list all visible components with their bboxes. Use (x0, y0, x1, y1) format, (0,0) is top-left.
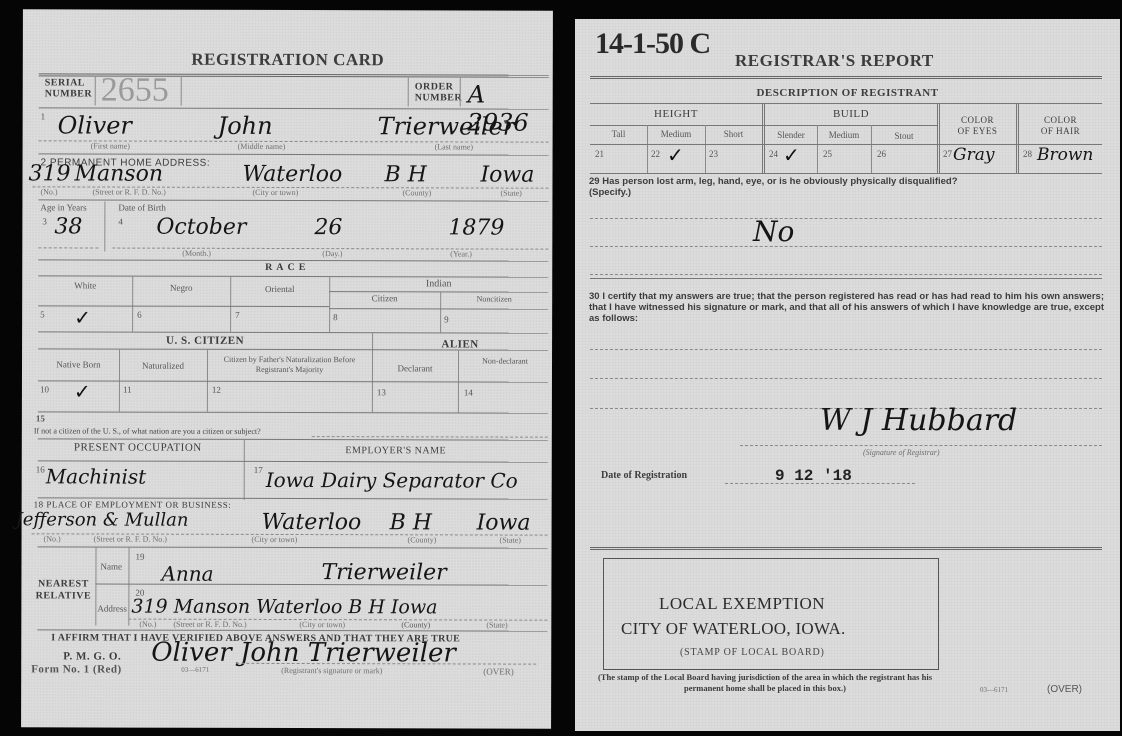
divider (38, 348, 548, 350)
eye-color-heading: COLOR OF EYES (940, 115, 1015, 137)
age-value: 38 (54, 214, 82, 239)
last-name-value: Trierweiler (378, 112, 515, 140)
employment-city: Waterloo (262, 510, 362, 535)
divider (590, 103, 1102, 104)
divider (38, 275, 548, 277)
build-heading: BUILD (765, 108, 937, 120)
pmgo-label: P. M. G. O. (63, 650, 121, 662)
middle-name-caption: (Middle name) (238, 142, 286, 151)
non-declarant-label: Non-declarant (470, 356, 540, 366)
dob-label: Date of Birth (118, 203, 166, 213)
employment-state: Iowa (477, 510, 531, 535)
divider (590, 218, 1102, 219)
divider (38, 247, 98, 248)
form-code: 03—6171 (980, 686, 1008, 694)
registrar-report-title: REGISTRAR'S REPORT (735, 51, 934, 71)
eyes-heading-line2: OF EYES (940, 126, 1015, 137)
us-citizen-heading: U. S. CITIZEN (38, 334, 372, 347)
eye-color-value: Gray (953, 145, 994, 165)
registrar-signature-caption: (Signature of Registrar) (863, 448, 940, 457)
occupation-heading: PRESENT OCCUPATION (38, 441, 238, 454)
question-30: 30 I certify that my answers are true; t… (589, 291, 1104, 324)
caption: (Street or R. F. D. No.) (173, 620, 246, 629)
build-stout-label: Stout (871, 131, 937, 141)
middle-name-value: John (218, 112, 273, 140)
order-label-line2: NUMBER (415, 92, 462, 103)
divider (128, 548, 129, 626)
field-number: 26 (877, 149, 886, 159)
stamp-line-2: CITY OF WATERLOO, IOWA. (621, 619, 846, 639)
home-address-state: Iowa (480, 163, 534, 188)
field-number: 7 (235, 310, 240, 320)
question-number: 29 (589, 176, 600, 187)
employment-street: Jefferson & Mullan (16, 509, 189, 530)
divider (590, 125, 937, 126)
caption: (County) (408, 535, 437, 544)
question-30-text: I certify that my answers are true; that… (589, 291, 1104, 324)
citizen-by-father-label: Citizen by Father's Naturalization Befor… (212, 355, 367, 375)
native-born-checkmark: ✓ (74, 379, 91, 403)
field-number: 5 (40, 309, 45, 319)
field-number: 10 (40, 384, 49, 394)
caption: (No.) (44, 534, 61, 543)
last-name-caption: (Last name) (435, 142, 473, 151)
question-number: 30 (589, 291, 600, 302)
nearest-relative-line1: NEAREST (33, 578, 93, 590)
divider (38, 199, 548, 201)
divider (38, 411, 548, 413)
registration-card-back: 14-1-50 C REGISTRAR'S REPORT DESCRIPTION… (575, 19, 1120, 731)
race-indian-noncitizen-label: Noncitizen (440, 294, 548, 303)
employer-value: Iowa Dairy Separator Co (266, 468, 518, 493)
age-label: Age in Years (40, 202, 86, 212)
caption: (County) (402, 188, 431, 197)
nearest-relative-heading: NEAREST RELATIVE (33, 578, 93, 602)
divider (181, 76, 182, 106)
order-label-line1: ORDER (415, 81, 462, 92)
occupation-value: Machinist (46, 464, 147, 488)
question-29-answer: No (753, 215, 794, 248)
build-slender-label: Slender (765, 130, 817, 140)
divider (39, 153, 549, 155)
relative-first-name: Anna (161, 562, 213, 586)
race-white-label: White (38, 280, 132, 290)
declarant-label: Declarant (372, 363, 458, 373)
nearest-relative-line2: RELATIVE (33, 590, 93, 602)
home-address-street: Manson (74, 161, 163, 186)
hair-color-value: Brown (1037, 145, 1093, 165)
caption: (State) (500, 189, 521, 198)
employer-heading: EMPLOYER'S NAME (244, 445, 548, 457)
height-medium-checkmark: ✓ (667, 143, 684, 167)
card-title: REGISTRATION CARD (23, 49, 553, 70)
relative-name-label: Name (100, 562, 122, 572)
stamp-note: (The stamp of the Local Board having jur… (587, 672, 943, 694)
indian-heading: Indian (329, 278, 548, 290)
divider (1016, 103, 1019, 173)
caption: (City or town) (252, 535, 298, 544)
caption: (Street or R. F. D. No.) (94, 534, 167, 543)
home-address-county: B H (384, 162, 426, 187)
divider (590, 246, 1102, 247)
serial-label-line1: SERIAL (45, 77, 92, 88)
registration-card-front: REGISTRATION CARD SERIAL NUMBER 2655 ORD… (21, 9, 553, 728)
form-number-label: Form No. 1 (Red) (31, 663, 122, 675)
race-indian-citizen-label: Citizen (329, 293, 440, 303)
field-number: 4 (118, 217, 123, 227)
divider (95, 75, 96, 105)
caption: (State) (486, 621, 507, 630)
over-label: (OVER) (483, 667, 514, 677)
divider (590, 173, 1102, 174)
relative-address-value: 319 Manson Waterloo B H Iowa (131, 596, 437, 619)
race-white-checkmark: ✓ (74, 305, 91, 329)
field-number: 15 (36, 413, 45, 423)
divider (329, 308, 548, 310)
caption: (Day.) (322, 249, 342, 258)
divider (38, 460, 548, 462)
divider (38, 331, 548, 333)
dob-year: 1879 (448, 215, 504, 240)
field-number: 8 (333, 312, 338, 322)
field-number: 22 (651, 149, 660, 159)
dob-month: October (156, 215, 246, 240)
home-address-no: 319 (28, 161, 70, 186)
height-heading: HEIGHT (590, 108, 762, 120)
divider (590, 278, 1102, 279)
caption: (Year.) (450, 249, 472, 258)
divider (38, 546, 548, 548)
caption: (City or town) (299, 620, 345, 629)
over-label: (OVER) (1047, 684, 1082, 695)
employment-place-heading: 18 PLACE OF EMPLOYMENT OR BUSINESS: (34, 499, 232, 510)
divider (38, 380, 548, 382)
field-number: 3 (42, 216, 47, 226)
eyes-heading-line1: COLOR (940, 115, 1015, 126)
field-number: 9 (444, 314, 449, 324)
caption: (No.) (139, 620, 156, 629)
field-number: 1 (41, 111, 46, 121)
divider (95, 547, 96, 625)
first-name-caption: (First name) (91, 141, 130, 150)
race-oriental-label: Oriental (230, 284, 329, 294)
caption: (County) (401, 620, 430, 629)
field-number: 13 (377, 387, 386, 397)
field-number: 6 (137, 310, 142, 320)
serial-number-label: SERIAL NUMBER (45, 77, 93, 99)
hair-heading-line1: COLOR (1019, 115, 1102, 126)
divider (590, 76, 1102, 79)
native-born-label: Native Born (38, 359, 119, 369)
divider (312, 436, 548, 438)
caption: (Street or R. F. D. No.) (92, 187, 165, 196)
serial-label-line2: NUMBER (45, 88, 92, 99)
question-29-text: Has person lost arm, leg, hand, eye, or … (602, 176, 957, 187)
divider (590, 547, 1102, 550)
divider (37, 629, 547, 631)
relative-address-label: Address (97, 604, 127, 614)
build-medium-label: Medium (817, 130, 871, 140)
field-number: 21 (595, 149, 604, 159)
caption: (Month.) (182, 249, 211, 258)
race-heading: RACE (22, 261, 552, 273)
caption: (No.) (40, 187, 57, 196)
naturalized-label: Naturalized (119, 361, 207, 371)
field-number: 16 (36, 464, 45, 474)
home-address-city: Waterloo (242, 162, 342, 187)
height-short-label: Short (705, 129, 762, 139)
stamp-line-1: LOCAL EXEMPTION (659, 594, 825, 614)
field-number: 23 (709, 149, 718, 159)
first-name-value: Oliver (58, 111, 132, 139)
field-number: 25 (823, 149, 832, 159)
field-number: 14 (464, 387, 473, 397)
divider (590, 378, 1102, 379)
signature-caption: (Registrant's signature or mark) (281, 666, 382, 675)
date-of-registration-label: Date of Registration (601, 470, 687, 481)
relative-last-name: Trierweiler (321, 560, 446, 585)
serial-number-value: 2655 (101, 72, 169, 110)
field-number: 17 (254, 465, 263, 475)
divider (104, 202, 105, 252)
height-tall-label: Tall (590, 129, 647, 139)
field-number: 28 (1023, 149, 1032, 159)
hair-heading-line2: OF HAIR (1019, 126, 1102, 137)
field-number: 12 (212, 385, 221, 395)
field-number: 27 (943, 149, 952, 159)
divider (937, 103, 940, 173)
nation-question: If not a citizen of the U. S., of what n… (34, 426, 261, 436)
race-negro-label: Negro (132, 283, 230, 293)
height-medium-label: Medium (647, 129, 705, 139)
field-number: 11 (123, 385, 132, 395)
divider (590, 349, 1102, 350)
caption: (City or town) (252, 188, 298, 197)
divider (460, 76, 461, 106)
date-of-registration-value: 9 12 '18 (775, 467, 852, 485)
divider (408, 76, 409, 106)
employment-county: B H (390, 510, 432, 535)
divider (740, 445, 1102, 446)
description-heading: DESCRIPTION OF REGISTRANT (575, 87, 1120, 99)
divider (590, 274, 1102, 275)
hair-color-heading: COLOR OF HAIR (1019, 115, 1102, 137)
question-29: 29 Has person lost arm, leg, hand, eye, … (589, 176, 1109, 198)
divider (38, 438, 548, 440)
field-number: 24 (769, 149, 778, 159)
build-slender-checkmark: ✓ (783, 143, 800, 167)
caption: (State) (500, 536, 521, 545)
registrar-signature: W J Hubbard (820, 403, 1017, 438)
stamp-caption: (STAMP OF LOCAL BOARD) (680, 647, 825, 658)
specify-label: (Specify.) (589, 187, 1109, 198)
order-number-label: ORDER NUMBER (415, 81, 463, 103)
field-number: 19 (135, 552, 144, 562)
dob-day: 26 (314, 215, 342, 240)
stamped-number: 14-1-50 C (595, 27, 710, 61)
form-code: 03—6171 (181, 666, 209, 674)
